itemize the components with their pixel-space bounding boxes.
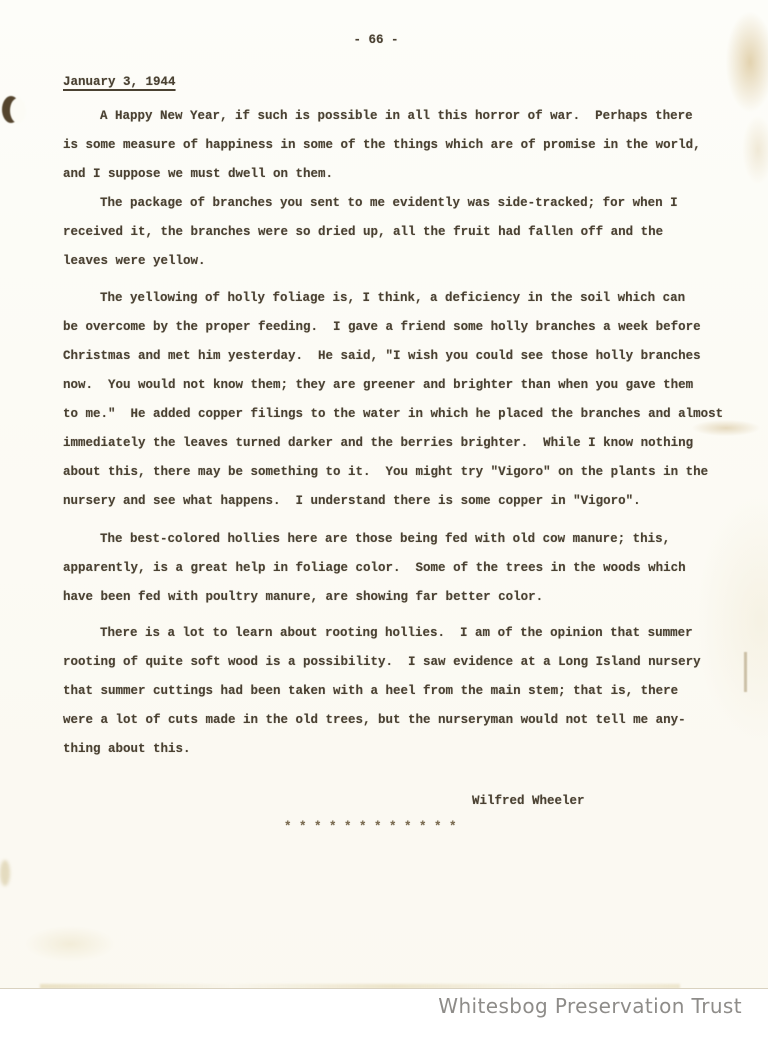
letter-paragraph-2: The package of branches you sent to me e… (63, 189, 763, 276)
letter-paragraph-3: The yellowing of holly foliage is, I thi… (63, 284, 763, 516)
letter-paragraph-5: There is a lot to learn about rooting ho… (63, 619, 763, 764)
letter-paragraph-4: The best-colored hollies here are those … (63, 525, 763, 612)
page-number: - 66 - (0, 26, 752, 55)
punch-hole-mark (2, 96, 20, 123)
watermark-label: Whitesbog Preservation Trust (438, 994, 742, 1018)
letter-date-text: January 3, 1944 (63, 75, 176, 89)
scanned-letter-page: - 66 - January 3, 1944 A Happy New Year,… (0, 0, 768, 1056)
letter-date: January 3, 1944 (63, 68, 176, 97)
asterisk-separator: * * * * * * * * * * * * (284, 813, 457, 842)
edge-smudge-stain (0, 860, 10, 886)
signature: Wilfred Wheeler (472, 787, 585, 816)
letter-paragraph-1: A Happy New Year, if such is possible in… (63, 102, 763, 189)
